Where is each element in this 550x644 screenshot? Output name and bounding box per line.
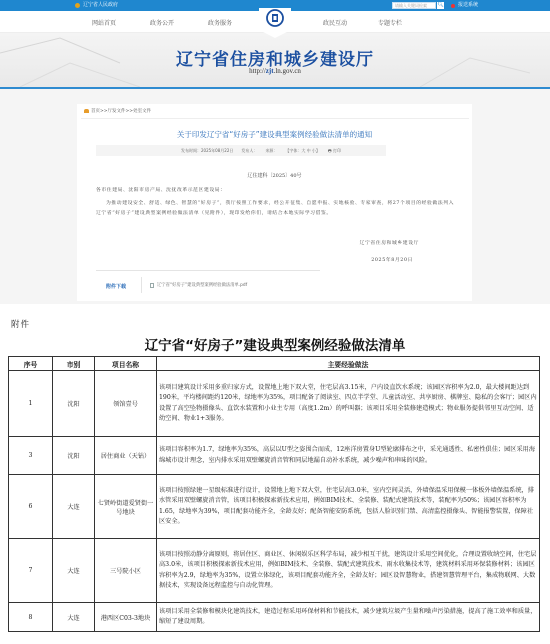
report-icon	[451, 4, 455, 8]
table-row: 7 大连 三号院小区 该项目按照动静分离原则，将居住区、商业区、休闲娱乐区科学布…	[9, 539, 540, 603]
table-row: 1 沈阳 领馆壹号 该项目建筑设计采用多重归家方式，设置地上地下双大堂，住宅层高…	[9, 371, 540, 437]
url-suffix: .ln.gov.cn	[274, 67, 301, 75]
home-icon	[84, 109, 89, 113]
row-city: 大连	[53, 603, 95, 632]
nav-home[interactable]: 网站首页	[92, 18, 116, 27]
case-list-table: 序号 市别 项目名称 主要经验做法 1 沈阳 领馆壹号 该项目建筑设计采用多重归…	[8, 356, 540, 632]
attachment-separator	[141, 277, 142, 293]
row-city: 沈阳	[53, 371, 95, 437]
row-practice: 该项目建筑设计采用多重归家方式，设置地上地下双大堂，住宅层高3.15米，户内设直…	[157, 371, 540, 437]
url-highlight: zjt	[266, 67, 274, 75]
row-no: 3	[9, 437, 53, 475]
row-project: 居住商业（天钻）	[95, 437, 157, 475]
article-title: 关于印发辽宁省“好房子”建设典型案例经验做法清单的通知	[77, 129, 472, 140]
site-logo-icon[interactable]	[259, 8, 291, 38]
attachment-label: 附件下载	[106, 283, 126, 290]
signature-org: 辽宁省住房和城乡建设厅	[360, 239, 419, 246]
row-no: 6	[9, 475, 53, 539]
attachment-divider	[96, 270, 320, 271]
gov-link[interactable]: 辽宁省人民政府	[75, 1, 118, 10]
article-meta: 发布时间：2025年08月22日 发布人： 来源： 【字体：大 中 小】 🖶︎ …	[96, 145, 386, 156]
row-no: 8	[9, 603, 53, 632]
publisher: 发布人：	[241, 145, 257, 156]
url-prefix: http://	[249, 67, 266, 75]
row-practice: 该项目采用全装修和模块化建筑技术，建造过程采用环保材料和节能技术，减少建筑垃圾产…	[157, 603, 540, 632]
row-city: 大连	[53, 475, 95, 539]
national-emblem-icon	[75, 3, 80, 8]
row-city: 沈阳	[53, 437, 95, 475]
gov-name: 辽宁省人民政府	[83, 1, 118, 10]
search-icon[interactable]: 🔍︎	[437, 2, 444, 9]
table-row: 3 沈阳 居住商业（天钻） 该项目容积率为1.7，绿地率为35%，高层以U型之姿…	[9, 437, 540, 475]
article-body: 为推动建设安全、舒适、绿色、智慧的“好房子”，我厅按照工作要求，经公开征集、自愿…	[96, 199, 456, 219]
header-project: 项目名称	[95, 357, 157, 371]
row-city: 大连	[53, 539, 95, 603]
search-input[interactable]: 请输入关键词检索	[392, 2, 436, 9]
table-header-row: 序号 市别 项目名称 主要经验做法	[9, 357, 540, 371]
row-practice: 该项目容积率为1.7，绿地率为35%，高层以U型之姿围合而成，12座洋房置身U型…	[157, 437, 540, 475]
nav-interaction[interactable]: 政民互动	[323, 18, 347, 27]
nav-gov-affairs[interactable]: 政务公开	[150, 18, 174, 27]
site-url[interactable]: http://zjt.ln.gov.cn	[0, 67, 550, 75]
row-project: 港西区C03-3地块	[95, 603, 157, 632]
row-practice: 该项目按照绿建一星级标准进行设计，设置地上地下双大堂，住宅层高3.0米，室内空间…	[157, 475, 540, 539]
row-project: 七贤岭街道爱贤街一号地块	[95, 475, 157, 539]
recipients: 各市住建局、沈阳市房产局、沈抚改革示范区建设局：	[96, 186, 456, 196]
breadcrumb: 首页>>厅发文件>>处室文件	[84, 108, 151, 114]
header-city: 市别	[53, 357, 95, 371]
attachment-link[interactable]: 辽宁省“好房子”建设典型案例经验做法清单.pdf	[150, 282, 247, 288]
header-no: 序号	[9, 357, 53, 371]
print-button[interactable]: 🖶︎ 打印	[328, 145, 341, 156]
row-project: 领馆壹号	[95, 371, 157, 437]
table-row: 8 大连 港西区C03-3地块 该项目采用全装修和模块化建筑技术，建造过程采用环…	[9, 603, 540, 632]
nav-special-topics[interactable]: 专题专栏	[378, 18, 402, 27]
appendix-title: 辽宁省“好房子”建设典型案例经验做法清单	[0, 334, 550, 354]
font-size-selector[interactable]: 【字体：大 中 小】	[285, 145, 320, 156]
breadcrumb-divider	[81, 118, 469, 119]
attachment-filename: 辽宁省“好房子”建设典型案例经验做法清单.pdf	[157, 282, 247, 288]
row-project: 三号院小区	[95, 539, 157, 603]
header-practice: 主要经验做法	[157, 357, 540, 371]
report-label: 报送系统	[458, 1, 478, 10]
print-label: 打印	[333, 148, 341, 153]
file-icon	[150, 283, 154, 288]
report-system-link[interactable]: 报送系统	[451, 1, 478, 10]
site-banner: 辽宁省住房和城乡建设厅 http://zjt.ln.gov.cn	[0, 33, 550, 87]
source: 来源：	[265, 145, 277, 156]
table-row: 6 大连 七贤岭街道爱贤街一号地块 该项目按照绿建一星级标准进行设计，设置地上地…	[9, 475, 540, 539]
row-no: 7	[9, 539, 53, 603]
appendix-label: 附件	[11, 318, 30, 330]
row-no: 1	[9, 371, 53, 437]
row-practice: 该项目按照动静分离原则，将居住区、商业区、休闲娱乐区科学布局，减少相互干扰，建筑…	[157, 539, 540, 603]
document-number: 辽住建科〔2025〕40号	[77, 172, 472, 179]
publish-time: 发布时间：2025年08月22日	[181, 145, 233, 156]
nav-gov-services[interactable]: 政务服务	[208, 18, 232, 27]
signature-date: 2025年8月20日	[371, 256, 413, 263]
breadcrumb-text[interactable]: 首页>>厅发文件>>处室文件	[91, 108, 151, 114]
